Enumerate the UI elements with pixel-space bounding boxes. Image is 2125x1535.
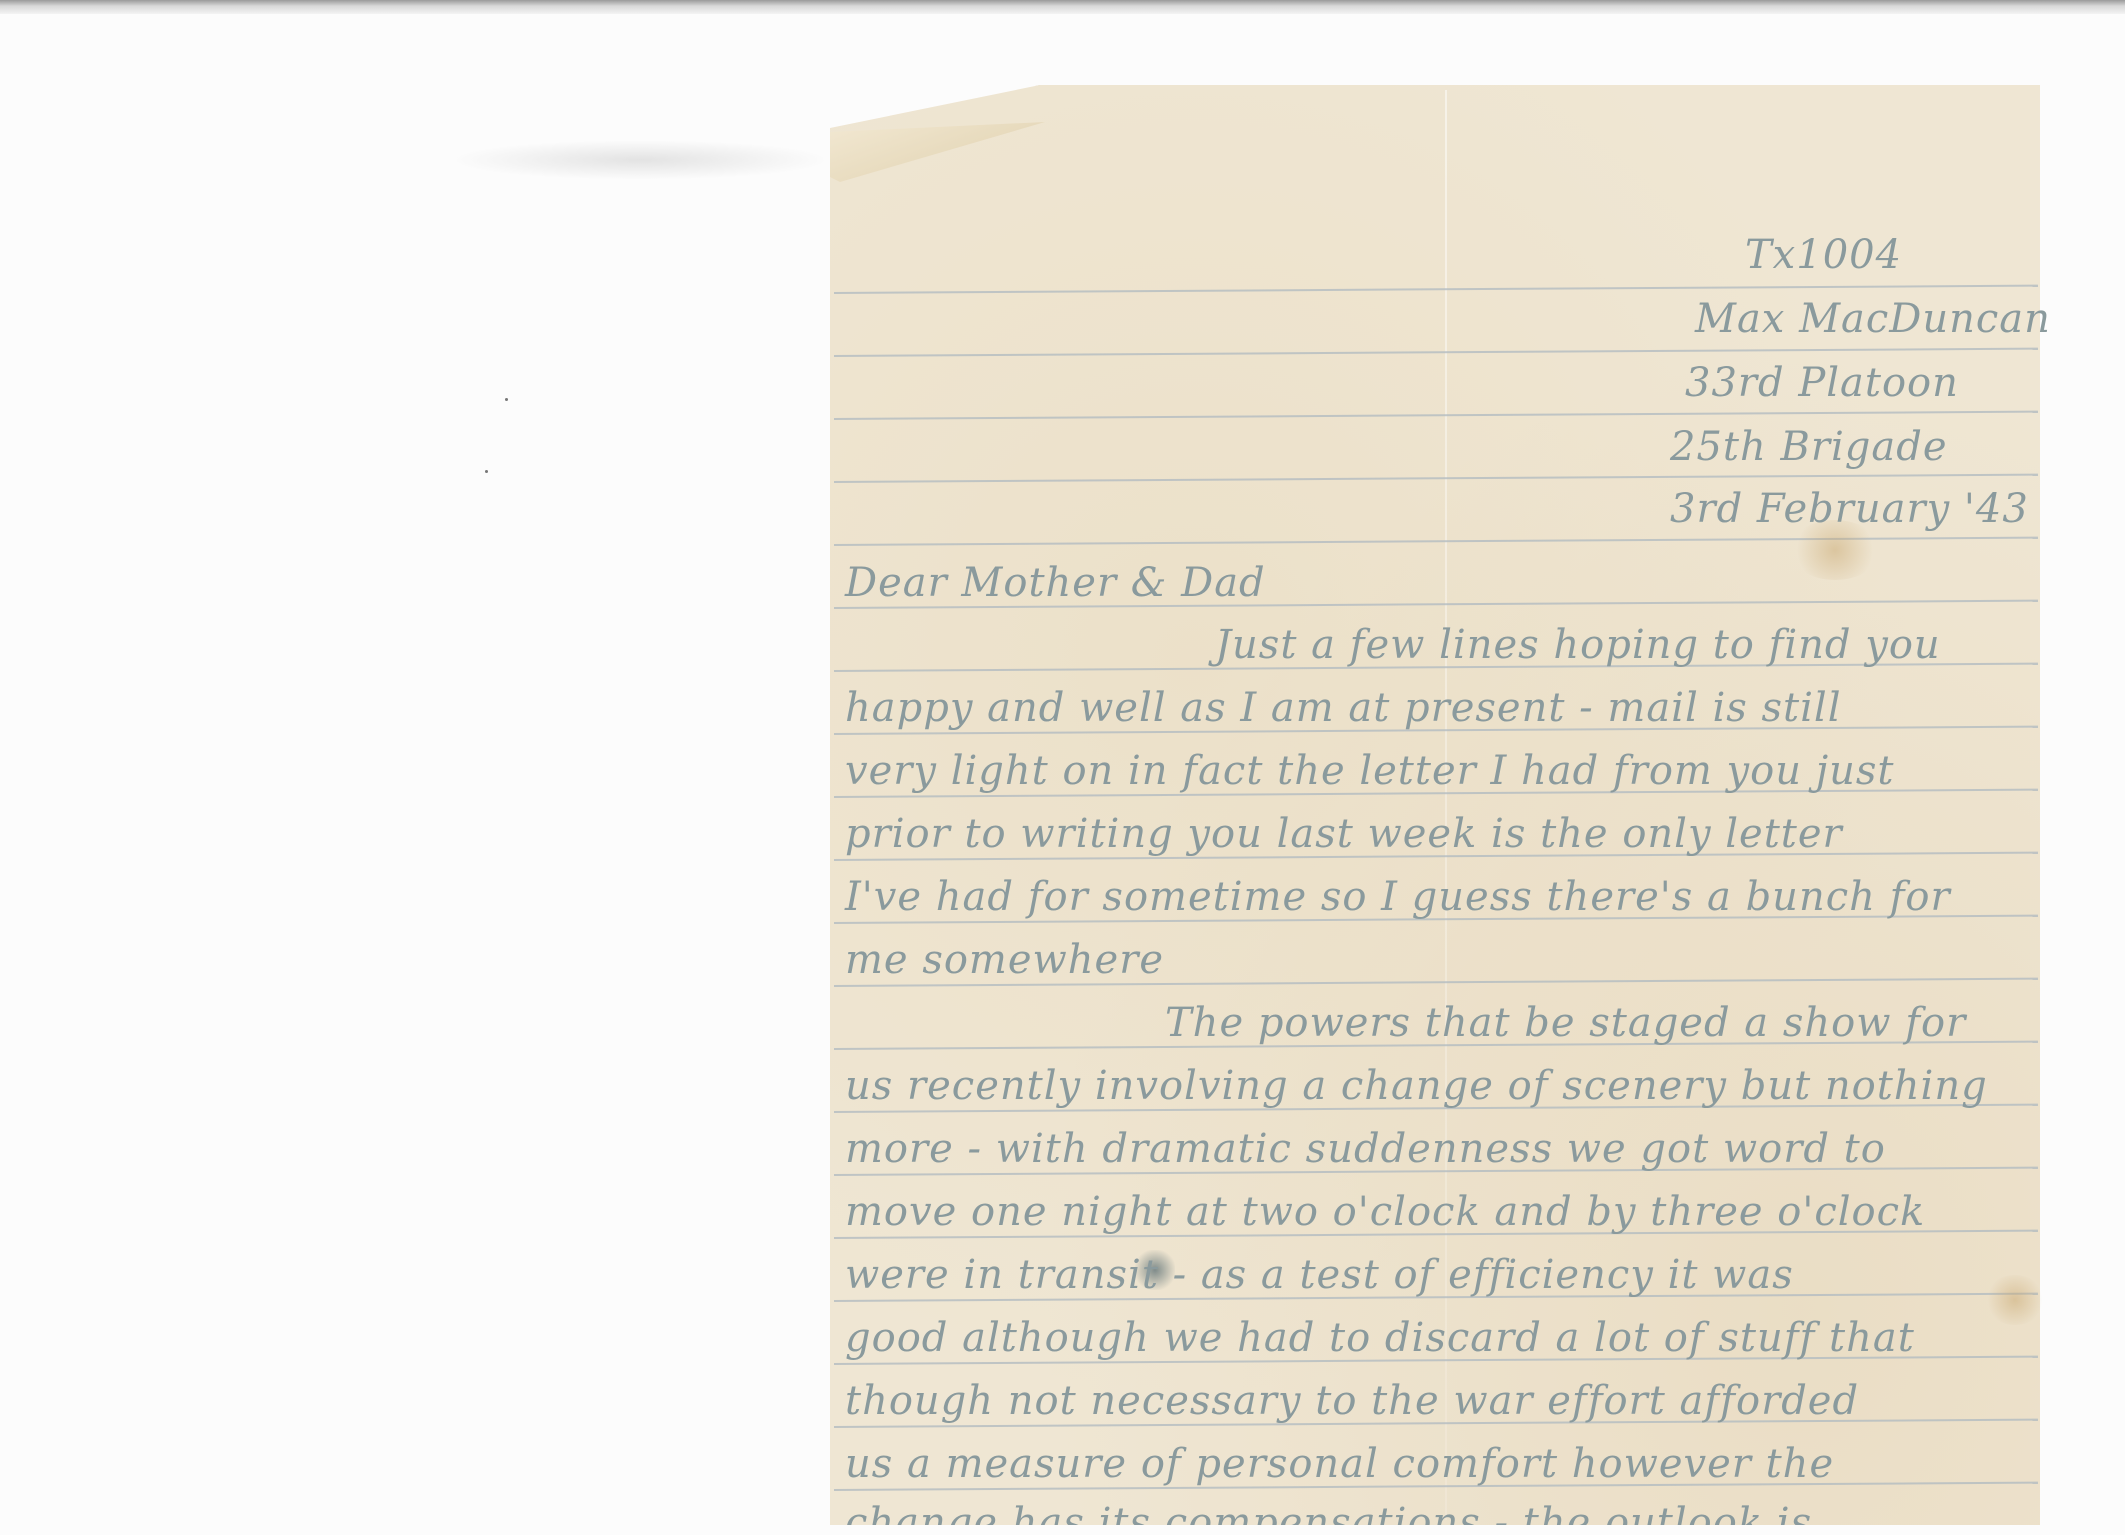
background-smudge [450, 140, 830, 180]
background-speck [505, 398, 508, 401]
scanner-edge-shadow [0, 0, 2125, 14]
letter-line: more - with dramatic suddenness we got w… [845, 1126, 1886, 1172]
service-number: Tx1004 [1745, 232, 1902, 278]
letter-line: Just a few lines hoping to find you [1215, 622, 1941, 668]
letter-line: us recently involving a change of scener… [845, 1063, 1988, 1109]
brigade: 25th Brigade [1670, 424, 1948, 470]
letter-line: us a measure of personal comfort however… [845, 1441, 1834, 1487]
letter-line: I've had for sometime so I guess there's… [845, 874, 1951, 920]
letter-line: prior to writing you last week is the on… [845, 811, 1843, 857]
letter-line: happy and well as I am at present - mail… [845, 685, 1841, 731]
letter-line: very light on in fact the letter I had f… [845, 748, 1894, 794]
letter-line: good although we had to discard a lot of… [845, 1315, 1915, 1361]
letter-date: 3rd February '43 [1670, 486, 2029, 532]
sender-name: Max MacDuncan [1695, 296, 2051, 342]
letter-line: The powers that be staged a show for [1165, 1000, 1966, 1046]
background-speck [485, 470, 488, 473]
letter-line: me somewhere [845, 937, 1164, 983]
letter-line-cut-off: change has its compensations - the outlo… [845, 1500, 1812, 1525]
paper-stain [1985, 1275, 2045, 1325]
letter-line: move one night at two o'clock and by thr… [845, 1189, 1925, 1235]
salutation: Dear Mother & Dad [845, 560, 1266, 606]
letter-line: though not necessary to the war effort a… [845, 1378, 1859, 1424]
paper-fold-crease [1445, 90, 1447, 1520]
platoon: 33rd Platoon [1685, 360, 1959, 406]
letter-line: were in transit - as a test of efficienc… [845, 1252, 1794, 1298]
